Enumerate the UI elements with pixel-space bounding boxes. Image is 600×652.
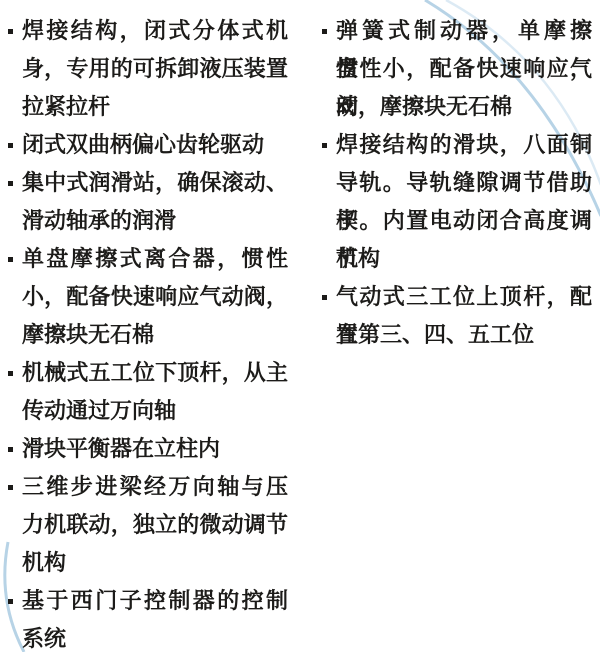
bullet-item: 闭式双曲柄偏心齿轮驱动	[8, 126, 292, 164]
bullet-dot-icon	[322, 12, 336, 126]
bullet-text: 三维步进梁经万向轴与压力机联动，独立的微动调节机构	[22, 468, 288, 582]
text-line: 滑块平衡器在立柱内	[22, 430, 288, 468]
bullet-text: 基于西门子控制器的控制系统	[22, 582, 288, 652]
bullet-dot-icon	[8, 582, 22, 652]
bullet-dot-icon	[322, 143, 327, 148]
bullet-dot-icon	[8, 29, 13, 34]
text-line: 机构	[22, 544, 288, 582]
bullet-dot-icon	[322, 295, 327, 300]
bullet-dot-icon	[322, 278, 336, 354]
bullet-text: 焊接结构的滑块，八面铜导轨。导轨缝隙调节借助楔子。内置电动闭合高度调节机构	[336, 126, 592, 278]
bullet-item: 三维步进梁经万向轴与压力机联动，独立的微动调节机构	[8, 468, 292, 582]
text-line: 单盘摩擦式离合器，惯性	[22, 240, 288, 278]
text-line: 在第三、四、五工位	[336, 316, 592, 354]
text-column-left: 焊接结构，闭式分体式机身，专用的可拆卸液压装置拉紧拉杆闭式双曲柄偏心齿轮驱动集中…	[8, 12, 292, 652]
bullet-text: 焊接结构，闭式分体式机身，专用的可拆卸液压装置拉紧拉杆	[22, 12, 288, 126]
text-column-right: 弹簧式制动器，单摩擦盘，惯性小，配备快速响应气动阀，摩擦块无石棉焊接结构的滑块，…	[322, 12, 600, 652]
bullet-item: 基于西门子控制器的控制系统	[8, 582, 292, 652]
bullet-item: 焊接结构的滑块，八面铜导轨。导轨缝隙调节借助楔子。内置电动闭合高度调节机构	[322, 126, 600, 278]
bullet-dot-icon	[8, 181, 13, 186]
bullet-dot-icon	[322, 126, 336, 278]
text-line: 集中式润滑站，确保滚动、	[22, 164, 288, 202]
text-line: 三维步进梁经万向轴与压	[22, 468, 288, 506]
text-line: 闭式双曲柄偏心齿轮驱动	[22, 126, 288, 164]
bullet-text: 机械式五工位下顶杆，从主传动通过万向轴	[22, 354, 288, 430]
bullet-text: 集中式润滑站，确保滚动、滑动轴承的润滑	[22, 164, 288, 240]
bullet-dot-icon	[8, 468, 22, 582]
bullet-dot-icon	[8, 371, 13, 376]
text-line: 阀，摩擦块无石棉	[336, 88, 592, 126]
text-line: 基于西门子控制器的控制	[22, 582, 288, 620]
text-line: 拉紧拉杆	[22, 88, 288, 126]
bullet-text: 单盘摩擦式离合器，惯性小，配备快速响应气动阀，摩擦块无石棉	[22, 240, 288, 354]
text-line: 气动式三工位上顶杆，配置	[336, 278, 592, 316]
text-line: 子。内置电动闭合高度调节	[336, 202, 592, 240]
text-line: 机械式五工位下顶杆，从主	[22, 354, 288, 392]
bullet-item: 弹簧式制动器，单摩擦盘，惯性小，配备快速响应气动阀，摩擦块无石棉	[322, 12, 600, 126]
text-line: 机构	[336, 240, 592, 278]
bullet-dot-icon	[8, 143, 13, 148]
bullet-dot-icon	[8, 126, 22, 164]
text-line: 滑动轴承的润滑	[22, 202, 288, 240]
bullet-item: 机械式五工位下顶杆，从主传动通过万向轴	[8, 354, 292, 430]
bullet-dot-icon	[322, 29, 327, 34]
text-line: 惯性小，配备快速响应气动	[336, 50, 592, 88]
text-line: 系统	[22, 620, 288, 652]
bullet-dot-icon	[8, 430, 22, 468]
text-line: 焊接结构的滑块，八面铜	[336, 126, 592, 164]
text-line: 摩擦块无石棉	[22, 316, 288, 354]
text-line: 小，配备快速响应气动阀，	[22, 278, 288, 316]
bullet-text: 气动式三工位上顶杆，配置在第三、四、五工位	[336, 278, 592, 354]
bullet-dot-icon	[8, 599, 13, 604]
bullet-dot-icon	[8, 447, 13, 452]
bullet-dot-icon	[8, 240, 22, 354]
bullet-item: 单盘摩擦式离合器，惯性小，配备快速响应气动阀，摩擦块无石棉	[8, 240, 292, 354]
bullet-dot-icon	[8, 12, 22, 126]
bullet-text: 弹簧式制动器，单摩擦盘，惯性小，配备快速响应气动阀，摩擦块无石棉	[336, 12, 592, 126]
bullet-dot-icon	[8, 164, 22, 240]
text-line: 弹簧式制动器，单摩擦盘，	[336, 12, 592, 50]
bullet-item: 焊接结构，闭式分体式机身，专用的可拆卸液压装置拉紧拉杆	[8, 12, 292, 126]
bullet-item: 气动式三工位上顶杆，配置在第三、四、五工位	[322, 278, 600, 354]
text-line: 力机联动，独立的微动调节	[22, 506, 288, 544]
bullet-dot-icon	[8, 485, 13, 490]
bullet-text: 闭式双曲柄偏心齿轮驱动	[22, 126, 288, 164]
bullet-text: 滑块平衡器在立柱内	[22, 430, 288, 468]
bullet-dot-icon	[8, 354, 22, 430]
bullet-dot-icon	[8, 257, 13, 262]
text-line: 焊接结构，闭式分体式机	[22, 12, 288, 50]
slide: 焊接结构，闭式分体式机身，专用的可拆卸液压装置拉紧拉杆闭式双曲柄偏心齿轮驱动集中…	[0, 0, 600, 652]
text-line: 导轨。导轨缝隙调节借助楔	[336, 164, 592, 202]
bullet-item: 集中式润滑站，确保滚动、滑动轴承的润滑	[8, 164, 292, 240]
text-line: 传动通过万向轴	[22, 392, 288, 430]
content-columns: 焊接结构，闭式分体式机身，专用的可拆卸液压装置拉紧拉杆闭式双曲柄偏心齿轮驱动集中…	[0, 12, 600, 652]
text-line: 身，专用的可拆卸液压装置	[22, 50, 288, 88]
bullet-item: 滑块平衡器在立柱内	[8, 430, 292, 468]
